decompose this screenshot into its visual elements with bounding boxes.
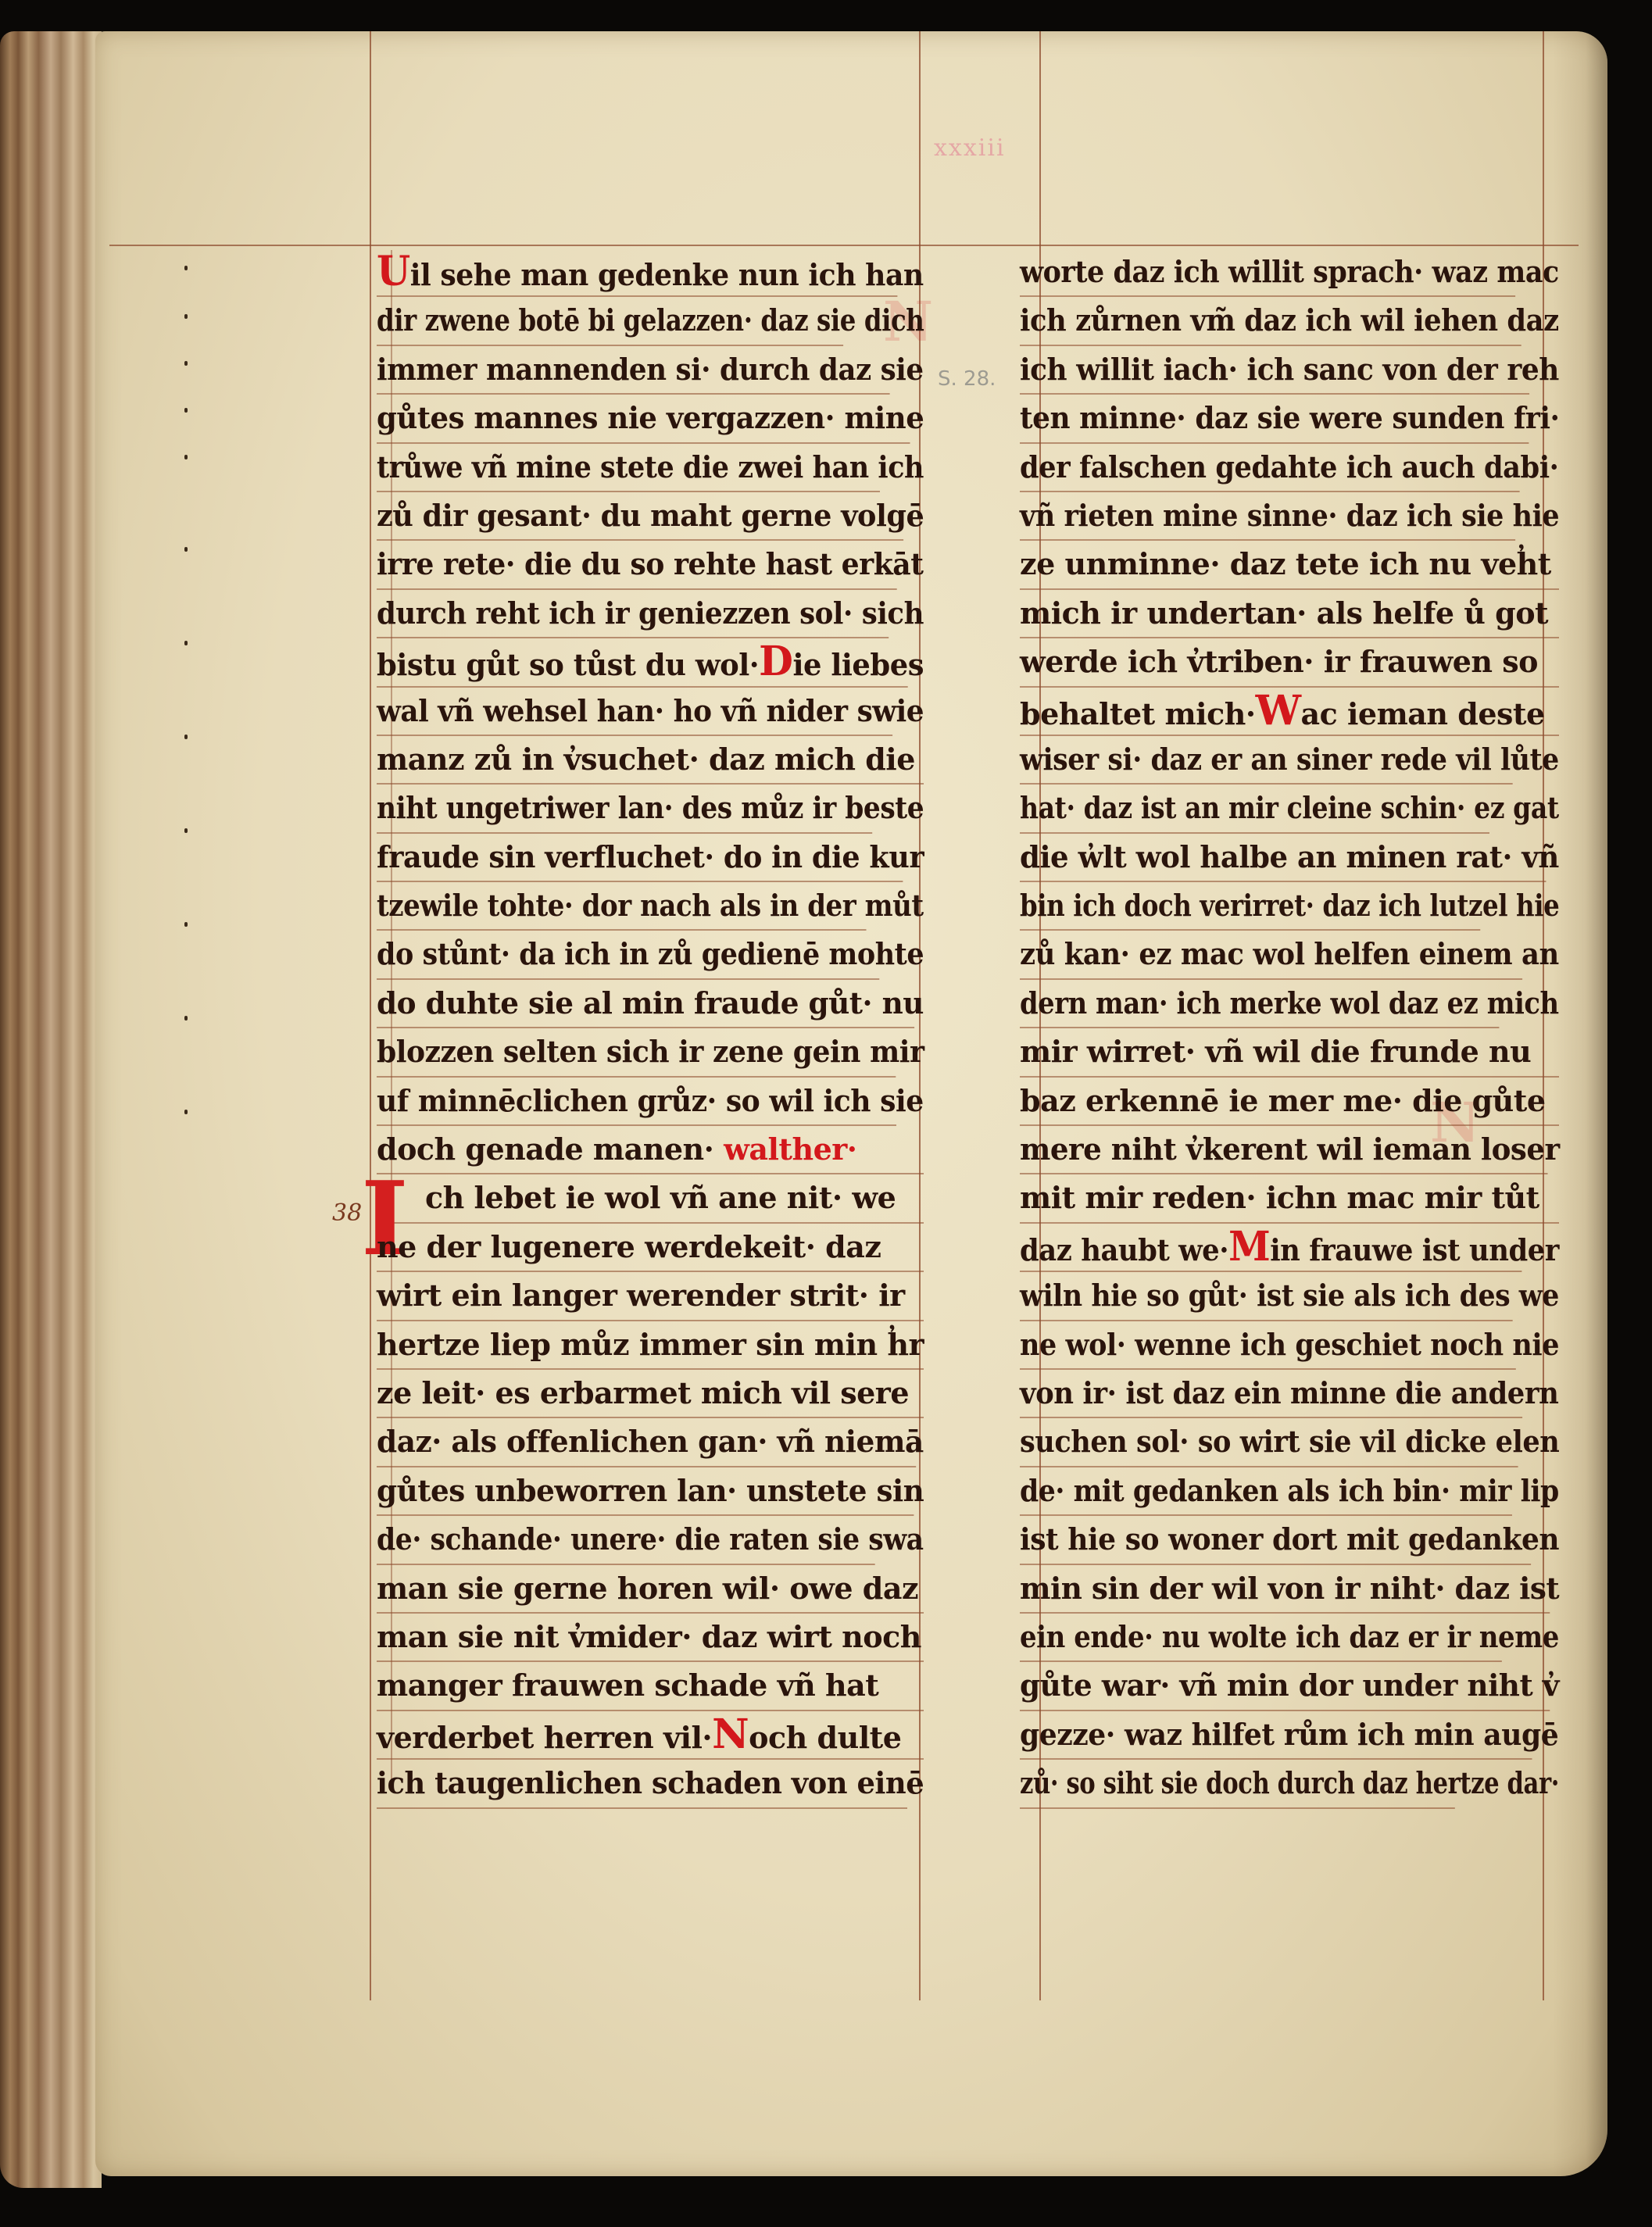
line-text: mere niht v̓kerent wil ieman loser	[1020, 1131, 1560, 1167]
text-line: vñ rieten mine sinne· daz ich sie hie	[1020, 492, 1515, 541]
line-text: uf minnēclichen grůz· so wil ich sie	[377, 1083, 924, 1118]
line-text: hat· daz ist an mir cleine schin· ez gat	[1020, 790, 1559, 825]
line-text: doch genade manen·	[377, 1131, 713, 1167]
text-line: wal vñ wehsel han· ho vñ nider swie	[377, 688, 892, 736]
text-line: immer mannenden si· durch daz sie	[377, 346, 890, 395]
text-line: daz· als offenlichen gan· vñ niemā	[377, 1418, 916, 1467]
line-text: ein ende· nu wolte ich daz er ir neme	[1020, 1619, 1559, 1654]
line-text: manz zů in v̓suchet· daz mich die	[377, 742, 915, 777]
text-line: trůwe vñ mine stete die zwei han ich	[377, 444, 880, 492]
text-line: verderbet herren vil·Noch dulte	[377, 1711, 924, 1760]
text-line: uf minnēclichen grůz· so wil ich sie	[377, 1078, 896, 1126]
line-text: niht ungetriwer lan· des můz ir beste	[377, 790, 924, 825]
line-text: de· mit gedanken als ich bin· mir lip	[1020, 1473, 1559, 1508]
line-text: ne der lugenere werdekeit· daz	[377, 1229, 881, 1264]
line-text: ch lebet ie wol vñ ane nit· we	[425, 1180, 896, 1215]
text-line: gůtes mannes nie vergazzen· mine	[377, 395, 910, 443]
line-text: dern man· ich merke wol daz ez mich	[1020, 985, 1559, 1021]
text-line: ne der lugenere werdekeit· daz	[377, 1224, 924, 1272]
line-text: der falschen gedahte ich auch dabi·	[1020, 449, 1558, 484]
line-text: wirt ein langer werender strit· ir	[377, 1278, 905, 1313]
rubricated-initial: D	[759, 638, 792, 685]
line-text: gůtes mannes nie vergazzen· mine	[377, 400, 924, 435]
text-line: baz erkennē ie mer me· die gůte	[1020, 1078, 1559, 1126]
line-text: gezze· waz hilfet rům ich min augē	[1020, 1717, 1558, 1752]
line-text: manger frauwen schade vñ hat	[377, 1668, 878, 1703]
text-line: ein ende· nu wolte ich daz er ir neme	[1020, 1614, 1502, 1662]
text-column-right: worte daz ich willit sprach· waz macich …	[1020, 248, 1559, 1809]
text-line: wirt ein langer werender strit· ir	[377, 1272, 924, 1321]
text-line: tzewile tohte· dor nach als in der můt	[377, 882, 867, 931]
text-line: de· mit gedanken als ich bin· mir lip	[1020, 1467, 1512, 1516]
text-line: durch reht ich ir geniezzen sol· sich	[377, 590, 889, 638]
rubricated-initial: N	[712, 1710, 749, 1758]
line-text: och dulte	[749, 1720, 901, 1755]
line-text: mir wirret· vñ wil die frunde nu	[1020, 1034, 1531, 1069]
text-line: de· schande· unere· die raten sie swa	[377, 1516, 875, 1564]
text-line: Ich lebet ie wol vñ ane nit· we	[377, 1174, 924, 1223]
text-column-left: Uil sehe man gedenke nun ich handir zwen…	[377, 248, 924, 1809]
line-text: immer mannenden si· durch daz sie	[377, 352, 924, 387]
pricking-mark	[184, 455, 188, 459]
text-line: zů kan· ez mac wol helfen einem an	[1020, 931, 1522, 979]
ruling-top	[109, 245, 1579, 246]
text-line: manger frauwen schade vñ hat	[377, 1662, 924, 1710]
line-text: dir zwene botē bi gelazzen· daz sie dich	[377, 302, 924, 338]
line-text: werde ich v̓triben· ir frauwen so	[1020, 644, 1538, 679]
line-text: wiln hie so gůt· ist sie als ich des we	[1020, 1278, 1559, 1313]
line-text: zů kan· ez mac wol helfen einem an	[1020, 936, 1559, 971]
line-text: bin ich doch verirret· daz ich lutzel hi…	[1020, 888, 1559, 923]
line-text-before-initial: behaltet mich·	[1020, 696, 1256, 731]
text-line: der falschen gedahte ich auch dabi·	[1020, 444, 1520, 492]
line-text: ne wol· wenne ich geschiet noch nie	[1020, 1327, 1559, 1362]
text-line: do duhte sie al min fraude gůt· nu	[377, 980, 914, 1028]
line-text: ze unminne· daz tete ich nu veh̓t	[1020, 546, 1551, 581]
text-line: behaltet mich·Wac ieman deste	[1020, 688, 1559, 736]
line-text: von ir· ist daz ein minne die andern	[1020, 1375, 1558, 1410]
ruling-left-outer	[370, 31, 371, 2000]
line-text: min sin der wil von ir niht· daz ist	[1020, 1571, 1559, 1606]
text-line: bin ich doch verirret· daz ich lutzel hi…	[1020, 882, 1480, 931]
text-line: bistu gůt so tůst du wol·Die liebes	[377, 638, 908, 687]
line-text: do stůnt· da ich in zů gedienē mohte	[377, 936, 924, 971]
text-line: niht ungetriwer lan· des můz ir beste	[377, 785, 872, 833]
page-edge-shadow	[1553, 31, 1607, 2176]
line-text: ie liebes	[792, 647, 924, 682]
text-line: zů dir gesant· du maht gerne volgē	[377, 492, 903, 541]
rubric-author-name: walther·	[713, 1131, 856, 1167]
line-text: man sie nit v̓mider· daz wirt noch	[377, 1619, 921, 1654]
line-text: ich zůrnen vm̃ daz ich wil iehen daz	[1020, 302, 1559, 338]
line-text: zů dir gesant· du maht gerne volgē	[377, 498, 924, 533]
pricking-mark	[184, 361, 188, 366]
text-line: daz haubt we·Min frauwe ist under	[1020, 1224, 1521, 1272]
text-line: zů· so siht sie doch durch daz hertze da…	[1020, 1760, 1455, 1808]
line-text: ich taugenlichen schaden von einē	[377, 1765, 924, 1800]
line-text: zů· so siht sie doch durch daz hertze da…	[1020, 1765, 1559, 1800]
text-line: von ir· ist daz ein minne die andern	[1020, 1370, 1522, 1418]
line-text: ist hie so woner dort mit gedanken	[1020, 1521, 1559, 1557]
text-line: mir wirret· vñ wil die frunde nu	[1020, 1028, 1559, 1077]
text-line: wiser si· daz er an siner rede vil lůte	[1020, 736, 1513, 785]
line-text: gůte war· vñ min dor under niht v̓	[1020, 1668, 1559, 1703]
text-line: worte daz ich willit sprach· waz mac	[1020, 248, 1515, 297]
text-line: gůte war· vñ min dor under niht v̓	[1020, 1662, 1550, 1710]
line-text: trůwe vñ mine stete die zwei han ich	[377, 449, 924, 484]
line-text: wal vñ wehsel han· ho vñ nider swie	[377, 693, 924, 728]
line-text: worte daz ich willit sprach· waz mac	[1020, 254, 1559, 289]
rubricated-initial: W	[1256, 687, 1301, 735]
text-line: mit mir reden· ichn mac mir tůt	[1020, 1174, 1559, 1223]
text-line: do stůnt· da ich in zů gedienē mohte	[377, 931, 879, 979]
pricking-mark	[184, 547, 188, 552]
text-line: dern man· ich merke wol daz ez mich	[1020, 980, 1499, 1028]
pricking-mark	[184, 1016, 188, 1021]
pricking-mark	[184, 828, 188, 833]
line-text: vñ rieten mine sinne· daz ich sie hie	[1020, 498, 1559, 533]
line-text: durch reht ich ir geniezzen sol· sich	[377, 595, 924, 631]
text-line: ich willit iach· ich sanc von der reh	[1020, 346, 1529, 395]
line-text: suchen sol· so wirt sie vil dicke elen	[1020, 1424, 1559, 1459]
line-text: il sehe man gedenke nun ich han	[410, 257, 924, 292]
text-line: mich ir undertan· als helfe ů got	[1020, 590, 1559, 638]
line-text: tzewile tohte· dor nach als in der můt	[377, 888, 924, 923]
page-stack-edges	[0, 31, 102, 2188]
line-text: die w̓lt wol halbe an minen rat· vñ	[1020, 839, 1559, 874]
text-line: doch genade manen· walther·	[377, 1126, 924, 1174]
line-text: hertze liep můz immer sin min h̓r	[377, 1327, 924, 1362]
text-line: wiln hie so gůt· ist sie als ich des we	[1020, 1272, 1513, 1321]
pricking-mark	[184, 1110, 188, 1114]
line-text: ac ieman deste	[1301, 696, 1545, 731]
text-line: man sie gerne horen wil· owe daz	[377, 1565, 924, 1614]
text-line: manz zů in v̓suchet· daz mich die	[377, 736, 924, 785]
margin-note: 38	[332, 1199, 362, 1227]
pricking-mark	[184, 735, 188, 739]
line-text: de· schande· unere· die raten sie swa	[377, 1521, 924, 1557]
pricking-mark	[184, 266, 188, 270]
pencil-page-note: S. 28.	[938, 367, 996, 391]
text-line: ne wol· wenne ich geschiet noch nie	[1020, 1321, 1516, 1370]
text-line: man sie nit v̓mider· daz wirt noch	[377, 1614, 924, 1662]
text-line: ten minne· daz sie were sunden fri·	[1020, 395, 1529, 443]
line-text: irre rete· die du so rehte hast erkāt	[377, 546, 923, 581]
text-line: Uil sehe man gedenke nun ich han	[377, 248, 897, 297]
text-line: die w̓lt wol halbe an minen rat· vñ	[1020, 834, 1546, 882]
pricking-mark	[184, 314, 188, 319]
line-text: ich willit iach· ich sanc von der reh	[1020, 352, 1559, 387]
text-line: mere niht v̓kerent wil ieman loser	[1020, 1126, 1548, 1174]
line-text-before-initial: bistu gůt so tůst du wol·	[377, 647, 759, 682]
line-text: blozzen selten sich ir zene gein mir	[377, 1034, 924, 1069]
line-text-before-initial: daz haubt we·	[1020, 1232, 1228, 1267]
text-line: ist hie so woner dort mit gedanken	[1020, 1516, 1531, 1564]
text-line: gezze· waz hilfet rům ich min augē	[1020, 1711, 1532, 1760]
line-text-before-initial: verderbet herren vil·	[377, 1720, 712, 1755]
line-text: ten minne· daz sie were sunden fri·	[1020, 400, 1560, 435]
text-line: hertze liep můz immer sin min h̓r	[377, 1321, 924, 1370]
text-line: suchen sol· so wirt sie vil dicke elen	[1020, 1418, 1518, 1467]
line-text: do duhte sie al min fraude gůt· nu	[377, 985, 924, 1021]
pricking-mark	[184, 922, 188, 927]
text-line: min sin der wil von ir niht· daz ist	[1020, 1565, 1550, 1614]
line-text: daz· als offenlichen gan· vñ niemā	[377, 1424, 924, 1459]
text-line: ich taugenlichen schaden von einē	[377, 1760, 907, 1808]
line-text: mit mir reden· ichn mac mir tůt	[1020, 1180, 1539, 1215]
text-line: ze leit· es erbarmet mich vil sere	[377, 1370, 924, 1418]
text-line: fraude sin verfluchet· do in die kur	[377, 834, 903, 882]
text-line: blozzen selten sich ir zene gein mir	[377, 1028, 896, 1077]
line-text: ze leit· es erbarmet mich vil sere	[377, 1375, 909, 1410]
folio-number: xxxiii	[934, 134, 1006, 162]
text-line: hat· daz ist an mir cleine schin· ez gat	[1020, 785, 1489, 833]
line-text: man sie gerne horen wil· owe daz	[377, 1571, 918, 1606]
text-line: ich zůrnen vm̃ daz ich wil iehen daz	[1020, 297, 1521, 345]
line-text: mich ir undertan· als helfe ů got	[1020, 595, 1548, 631]
text-line: ze unminne· daz tete ich nu veh̓t	[1020, 541, 1559, 589]
rubricated-initial: M	[1228, 1223, 1270, 1271]
line-text: gůtes unbeworren lan· unstete sin	[377, 1473, 924, 1508]
rubricated-initial: U	[377, 248, 410, 295]
line-text: wiser si· daz er an siner rede vil lůte	[1020, 742, 1559, 777]
line-text: baz erkennē ie mer me· die gůte	[1020, 1083, 1546, 1118]
text-line: werde ich v̓triben· ir frauwen so	[1020, 638, 1559, 687]
line-text: fraude sin verfluchet· do in die kur	[377, 839, 924, 874]
text-line: gůtes unbeworren lan· unstete sin	[377, 1467, 914, 1516]
line-text: in frauwe ist under	[1270, 1232, 1559, 1267]
pricking-mark	[184, 641, 188, 645]
pricking-mark	[184, 408, 188, 413]
text-line: irre rete· die du so rehte hast erkāt	[377, 541, 897, 589]
text-line: dir zwene botē bi gelazzen· daz sie dich	[377, 297, 843, 345]
